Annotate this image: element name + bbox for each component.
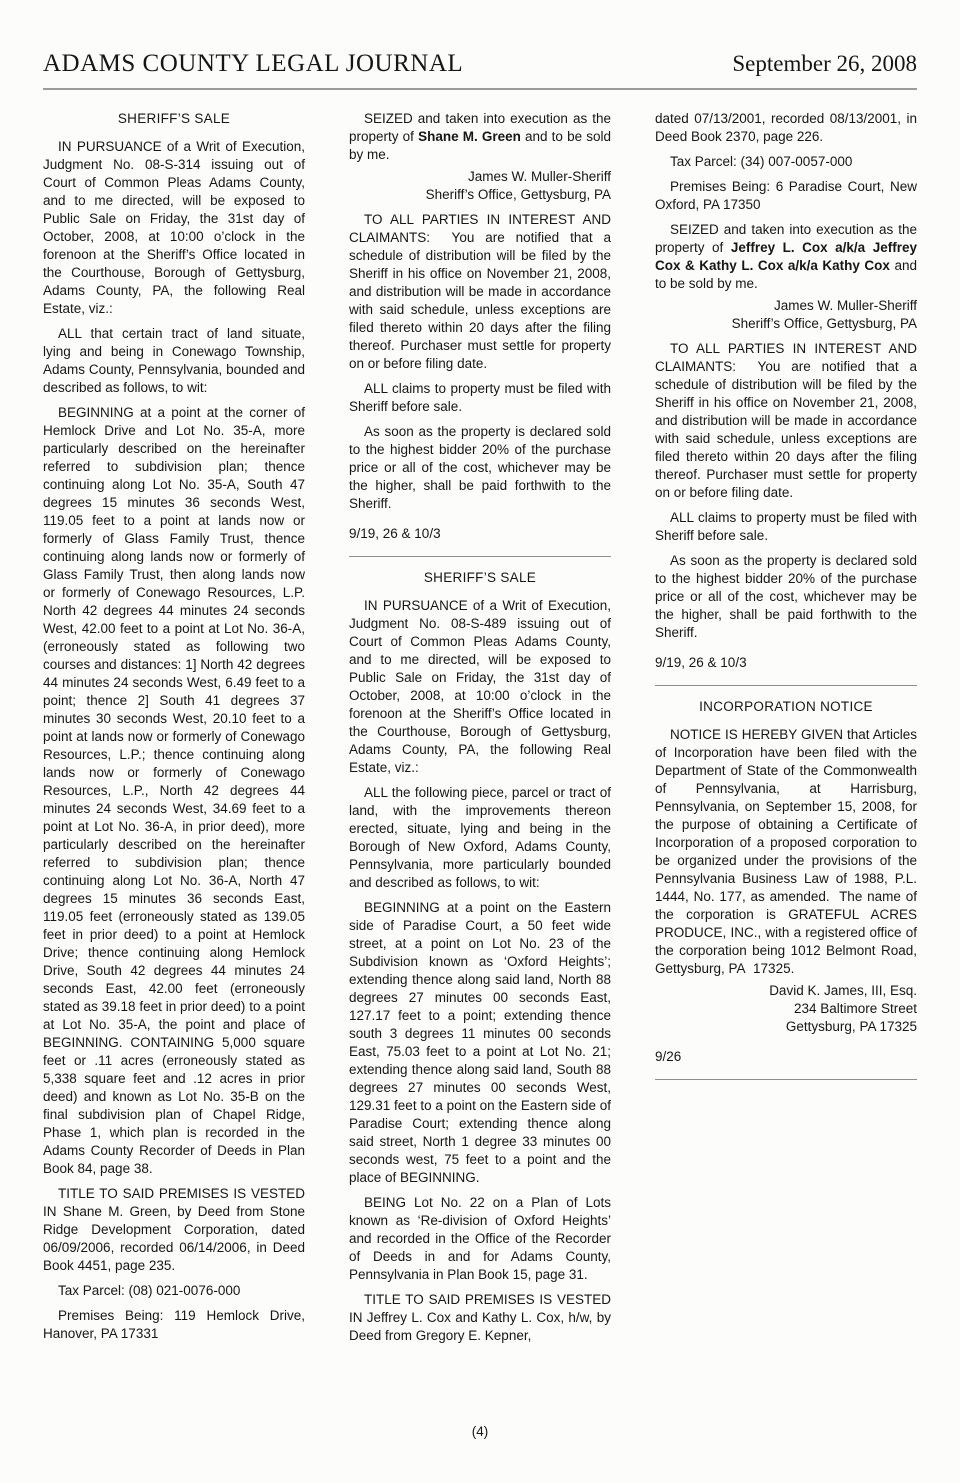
tax-parcel-line-1: Tax Parcel: (08) 021-0076-000 — [43, 1282, 305, 1300]
sheriffs-sale-heading-2: SHERIFF’S SALE — [349, 569, 611, 587]
parcel-paragraph-2: ALL the following piece, parcel or tract… — [349, 784, 611, 892]
incorporation-notice-heading: INCORPORATION NOTICE — [655, 698, 917, 716]
page-header: ADAMS COUNTY LEGAL JOURNAL September 26,… — [0, 0, 960, 78]
section-divider-1 — [349, 556, 611, 557]
issue-date: September 26, 2008 — [732, 51, 917, 77]
sheriffs-sale-heading-1: SHERIFF’S SALE — [43, 110, 305, 128]
document-page: ADAMS COUNTY LEGAL JOURNAL September 26,… — [0, 0, 960, 1483]
pursuance-paragraph-1: IN PURSUANCE of a Writ of Execution, Jud… — [43, 138, 305, 318]
seized-paragraph-2: SEIZED and taken into execution as the p… — [655, 221, 917, 293]
journal-title: ADAMS COUNTY LEGAL JOURNAL — [43, 50, 463, 78]
section-divider-3 — [655, 1079, 917, 1080]
tax-parcel-line-2: Tax Parcel: (34) 007-0057-000 — [655, 153, 917, 171]
incorporation-notice-paragraph: NOTICE IS HEREBY GIVEN that Articles of … — [655, 726, 917, 978]
as-soon-paragraph-2: As soon as the property is declared sold… — [655, 552, 917, 642]
attorney-city: Gettysburg, PA 17325 — [655, 1018, 917, 1036]
tract-paragraph: ALL that certain tract of land situate, … — [43, 325, 305, 397]
sheriff-signature-2: James W. Muller-Sheriff — [655, 297, 917, 315]
column-3: dated 07/13/2001, recorded 08/13/2001, i… — [655, 110, 917, 1345]
to-all-parties-paragraph-2: TO ALL PARTIES IN INTEREST AND CLAIMANTS… — [655, 340, 917, 502]
publication-dates-1: 9/19, 26 & 10/3 — [349, 525, 611, 543]
attorney-name: David K. James, III, Esq. — [655, 982, 917, 1000]
beginning-paragraph-2: BEGINNING at a point on the Eastern side… — [349, 899, 611, 1187]
sheriff-office-1: Sheriff’s Office, Gettysburg, PA — [349, 186, 611, 204]
column-2: SEIZED and taken into execution as the p… — [349, 110, 611, 1345]
defendant-name: Shane M. Green — [418, 129, 521, 144]
premises-line-2: Premises Being: 6 Paradise Court, New Ox… — [655, 178, 917, 214]
column-1: SHERIFF’S SALE IN PURSUANCE of a Writ of… — [43, 110, 305, 1345]
section-divider-2 — [655, 685, 917, 686]
all-claims-paragraph-2: ALL claims to property must be filed wit… — [655, 509, 917, 545]
as-soon-paragraph-1: As soon as the property is declared sold… — [349, 423, 611, 513]
page-content: SHERIFF’S SALE IN PURSUANCE of a Writ of… — [0, 90, 960, 1345]
being-lot-paragraph: BEING Lot No. 22 on a Plan of Lots known… — [349, 1194, 611, 1284]
publication-date-3: 9/26 — [655, 1048, 917, 1066]
premises-line-1: Premises Being: 119 Hemlock Drive, Hanov… — [43, 1307, 305, 1343]
seized-paragraph-1: SEIZED and taken into execution as the p… — [349, 110, 611, 164]
pursuance-paragraph-2: IN PURSUANCE of a Writ of Execution, Jud… — [349, 597, 611, 777]
sheriff-office-2: Sheriff’s Office, Gettysburg, PA — [655, 315, 917, 333]
beginning-paragraph-1: BEGINNING at a point at the corner of He… — [43, 404, 305, 1178]
page-number: (4) — [0, 1424, 960, 1439]
to-all-parties-paragraph-1: TO ALL PARTIES IN INTEREST AND CLAIMANTS… — [349, 211, 611, 373]
attorney-street: 234 Baltimore Street — [655, 1000, 917, 1018]
publication-dates-2: 9/19, 26 & 10/3 — [655, 654, 917, 672]
all-claims-paragraph-1: ALL claims to property must be filed wit… — [349, 380, 611, 416]
title-vested-paragraph-1: TITLE TO SAID PREMISES IS VESTED IN Shan… — [43, 1185, 305, 1275]
sheriff-signature-1: James W. Muller-Sheriff — [349, 168, 611, 186]
title-vested-paragraph-2: TITLE TO SAID PREMISES IS VESTED IN Jeff… — [349, 1291, 611, 1345]
deed-continuation-paragraph: dated 07/13/2001, recorded 08/13/2001, i… — [655, 110, 917, 146]
